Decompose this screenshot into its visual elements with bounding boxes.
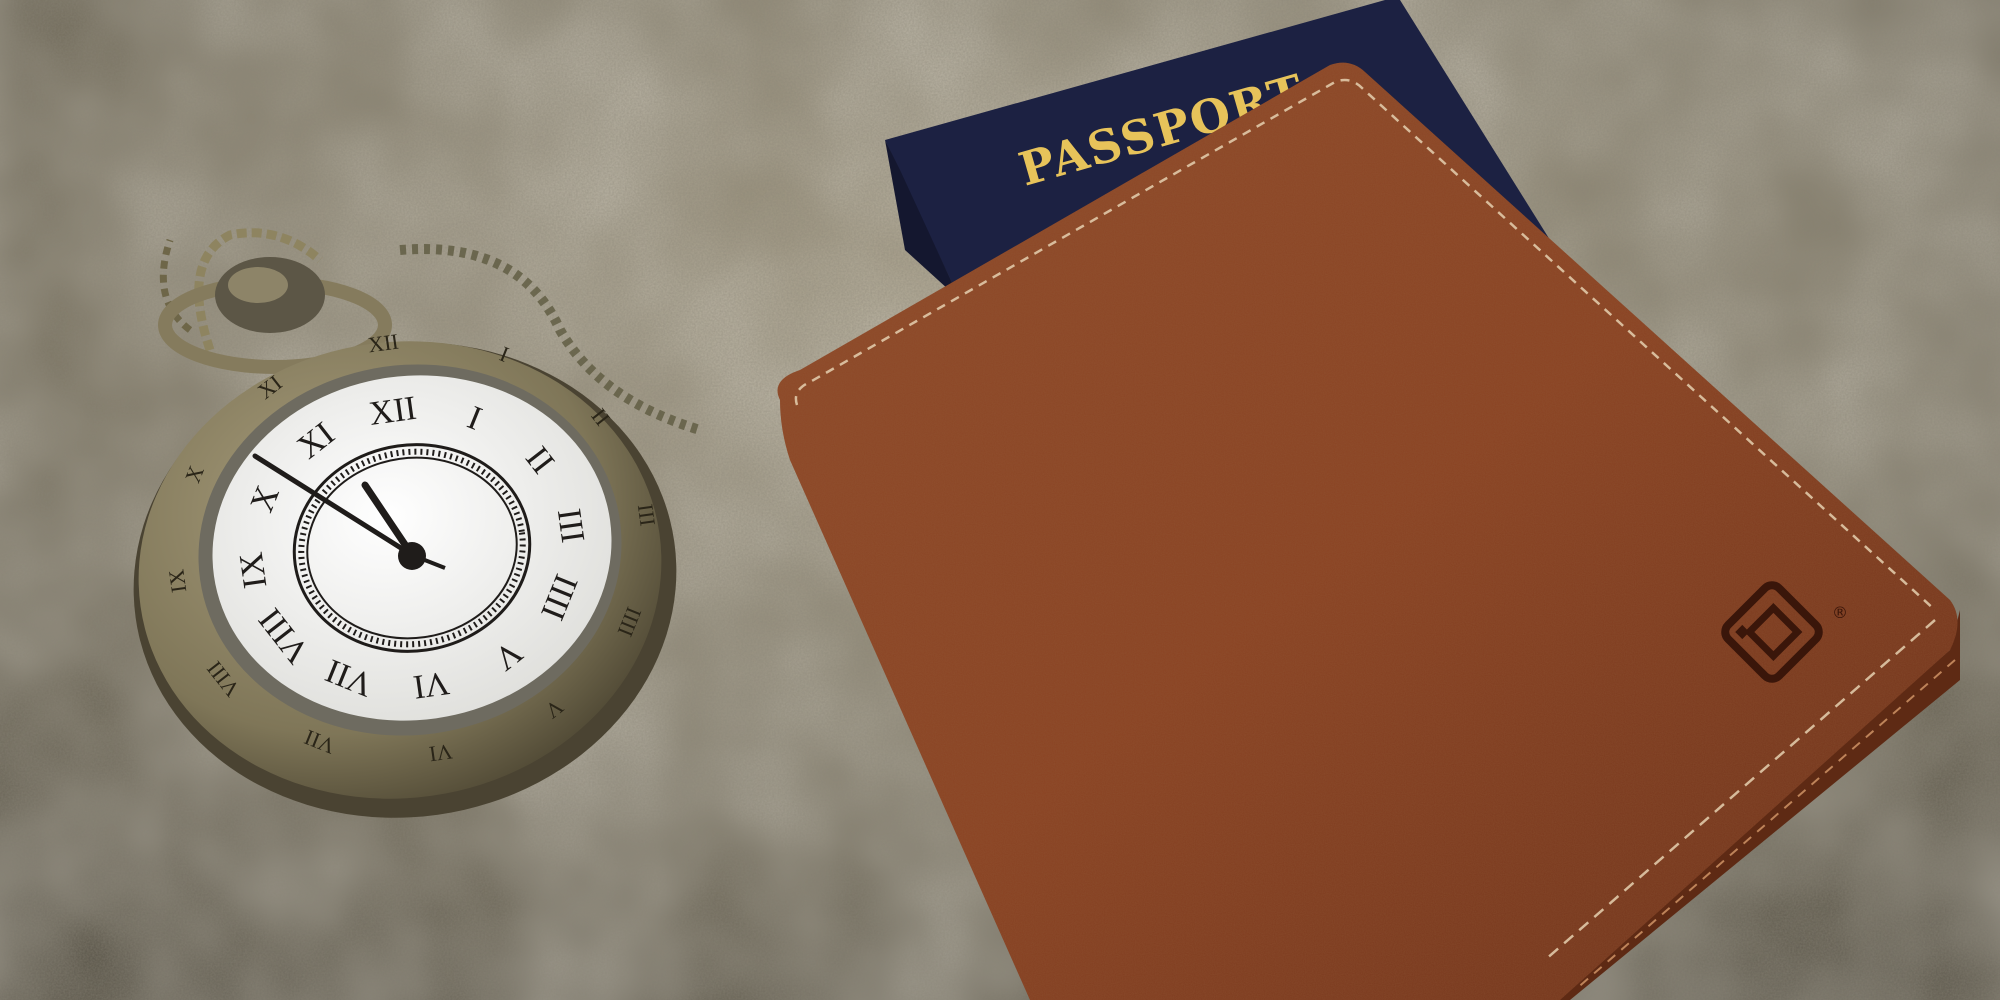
numeral: VI [428,739,454,767]
registered-mark: ® [1832,603,1848,622]
numeral: XII [367,390,419,433]
product-photo: PASSPORT ® [0,0,2000,1000]
numeral: IX [233,550,275,591]
numeral: III [550,506,591,545]
numeral: VI [411,664,452,706]
numeral: IX [163,568,191,595]
numeral: III [633,502,661,527]
numeral: XII [366,329,400,358]
